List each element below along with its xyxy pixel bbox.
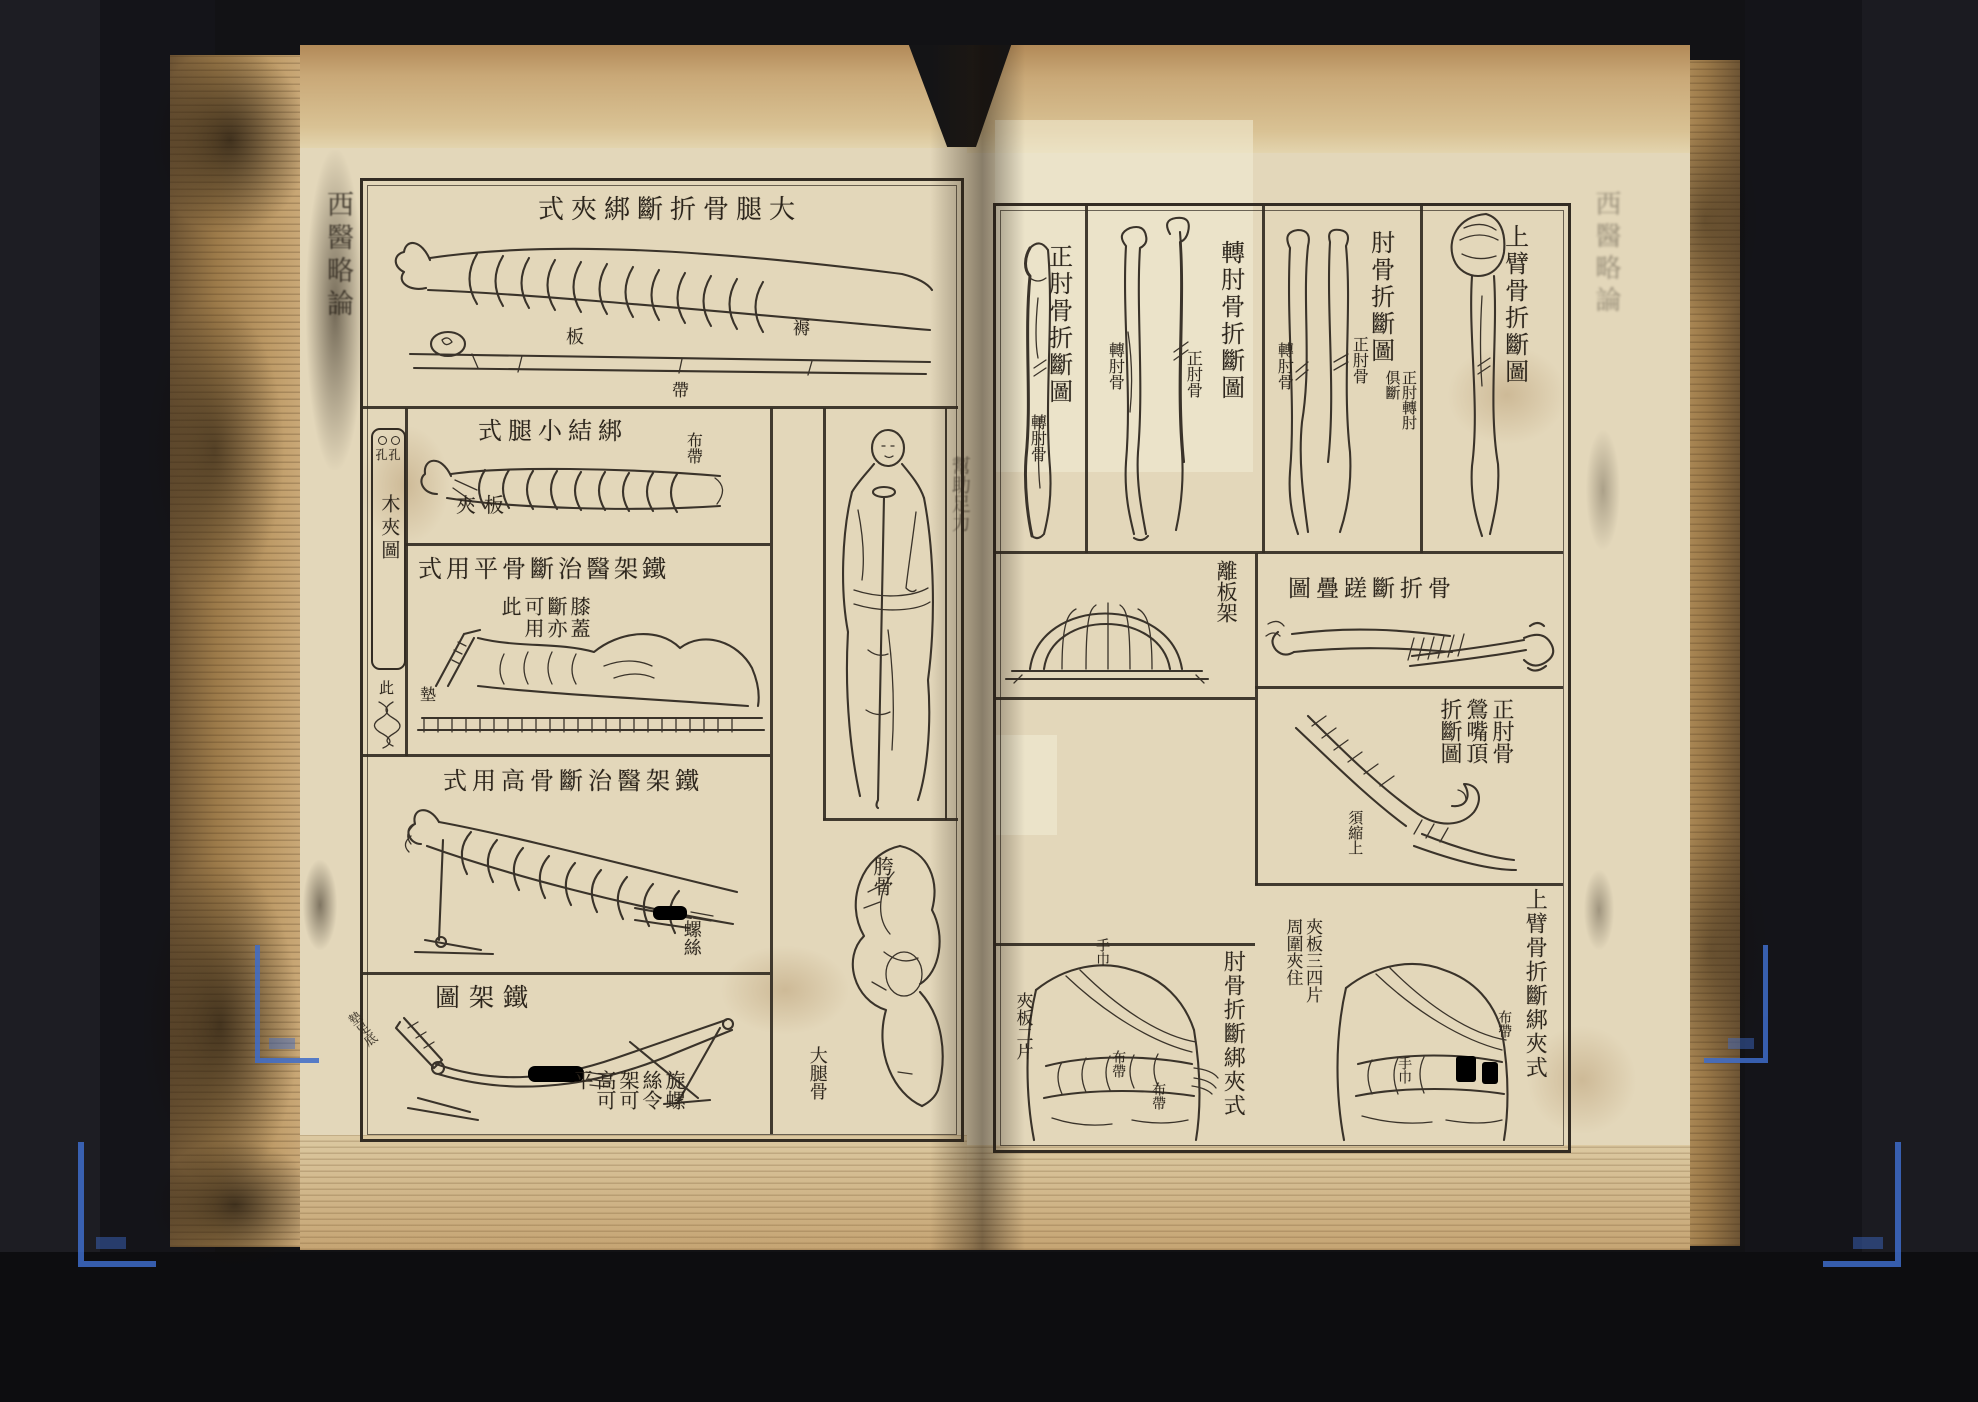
splint-hole-icon: [378, 436, 387, 445]
olecranon-panel-note: 須縮上: [1346, 810, 1363, 872]
humerus-cloth-band-label: 布帶: [1496, 1010, 1512, 1050]
frame-flat-cushion-label: 墊: [420, 686, 436, 704]
registration-bar: [1763, 945, 1768, 1063]
cage-panel-label: 離板架: [1214, 560, 1238, 648]
left-page-top-margin: [300, 45, 967, 148]
splint-cartouche-note: 此: [379, 680, 394, 697]
humerus-splints-label: 夾板三四片周圍夾住: [1282, 918, 1321, 1018]
registration-bar: [1704, 1058, 1768, 1063]
panel-divider: [405, 543, 770, 546]
registration-bar: [78, 1142, 84, 1267]
radius-panel-title: 轉肘骨折斷圖: [1216, 240, 1244, 415]
lower-leg-splint-label: 夾板: [456, 494, 512, 517]
both-bones-panel-subtitle: 正肘轉肘俱斷: [1384, 370, 1417, 440]
registration-chip: [96, 1237, 126, 1249]
registration-bar: [1895, 1142, 1901, 1267]
registration-bar: [255, 945, 260, 1063]
thigh-band-label: 帶: [672, 382, 689, 402]
thigh-board-label: 板: [566, 328, 584, 349]
panel-divider: [362, 972, 770, 975]
frame-high-panel-title: 式用高骨斷治醫架鐵: [443, 768, 704, 796]
panel-divider: [1255, 553, 1258, 885]
left-page-bottom-margin: [300, 1135, 967, 1250]
page-edge-grain: [300, 1135, 967, 1250]
registration-mark-bottom-right: [1806, 1142, 1901, 1267]
registration-chip: [269, 1038, 295, 1049]
panel-divider: [995, 697, 1255, 700]
thigh-panel-title: 式夾綁斷折骨腿大: [538, 196, 802, 226]
registration-bar: [1823, 1261, 1901, 1267]
frame-flat-panel-title: 式用平骨斷治醫架鐵: [418, 556, 670, 584]
wooden-splint-cartouche: 孔孔 木夾圖: [371, 428, 406, 670]
forearm-cloth-band-label-2: 布帶: [1150, 1082, 1166, 1122]
hip-bone-label: 胯骨: [870, 856, 893, 911]
humerus-kerchief-label: 手巾: [1396, 1056, 1412, 1096]
panel-divider: [362, 406, 958, 409]
overlap-panel-title: 圖疊蹉斷折骨: [1288, 576, 1456, 602]
standing-figure-illustration: [828, 420, 943, 812]
photo-of-open-book: 西醫略論 式夾綁斷折骨腿大 板 帶 褥 孔孔 木夾圖 此 式腿小結綁 夾板: [0, 0, 1978, 1402]
olecranon-fracture-illustration: [1272, 700, 1532, 880]
humerus-panel-title: 上臂骨折斷圖: [1500, 224, 1528, 394]
registration-chip: [1853, 1237, 1883, 1249]
ink-blotch: [150, 45, 310, 235]
frame-diagram-note: 旋螺絲令架可高可平: [570, 1070, 685, 1116]
panel-divider: [1255, 686, 1563, 689]
lower-leg-panel-title: 式腿小結綁: [478, 418, 628, 446]
frame-high-screw-label: 螺絲: [680, 920, 701, 975]
panel-divider: [1420, 205, 1423, 553]
registration-bar: [78, 1261, 156, 1267]
registration-mark-left: [255, 945, 335, 1063]
panel-divider: [770, 408, 773, 1134]
spine-ink-smudge: [1586, 430, 1620, 550]
splint-hole-icon: [391, 436, 400, 445]
panel-divider: [1255, 883, 1563, 886]
cartouche-squiggle-mark: [373, 700, 401, 748]
frame-flat-illustration: [408, 590, 768, 750]
spine-ink-smudge: [1584, 870, 1614, 950]
splint-holes-label: 孔孔: [373, 449, 404, 463]
registration-bar: [255, 1058, 319, 1063]
radius-panel-ulna-label: 正肘骨: [1184, 350, 1202, 420]
spine-ink-smudge: [303, 860, 337, 950]
radius-panel-radius-label: 轉肘骨: [1106, 342, 1124, 412]
right-edge-book-title: 西醫略論: [1590, 190, 1620, 435]
right-page-bottom-margin: [967, 1145, 1690, 1250]
lower-leg-cloth-band-label: 布帶: [684, 432, 702, 478]
humerus-sling-panel-title: 上臂骨折斷綁夾式: [1522, 888, 1547, 1093]
iron-frame-illustration: [378, 1002, 758, 1130]
ink-blotch: [145, 300, 285, 600]
background-bottom-band: [0, 1252, 1978, 1402]
both-bones-radius-label: 轉肘骨: [1275, 342, 1293, 412]
ulna-panel-radius-label: 轉肘骨: [1028, 414, 1046, 486]
both-bones-panel-title: 肘骨折斷圖: [1366, 230, 1394, 370]
thigh-bone-label: 大腿骨: [806, 1046, 827, 1126]
overlap-fracture-illustration: [1262, 602, 1562, 686]
splint-cartouche-caption: 木夾圖: [378, 489, 400, 569]
book-gutter-shadow: [930, 45, 1025, 1250]
thigh-mattress-label: 褥: [793, 320, 810, 340]
forearm-sling-figure-illustration: [1002, 948, 1252, 1144]
ulna-panel-title: 正肘骨折斷圖: [1044, 244, 1072, 414]
registration-mark-bottom-left: [78, 1142, 173, 1267]
forearm-cloth-band-label: 布帶: [1110, 1050, 1126, 1090]
thigh-splint-illustration: [382, 232, 942, 392]
both-bones-ulna-label: 正肘骨: [1350, 336, 1368, 406]
panel-divider: [362, 754, 770, 757]
registration-chip: [1728, 1038, 1754, 1049]
registration-mark-right: [1688, 945, 1768, 1063]
panel-divider: [1262, 205, 1265, 553]
panel-divider: [1085, 205, 1088, 553]
leg-cage-illustration: [1002, 565, 1212, 690]
page-edge-grain: [967, 1145, 1690, 1250]
panel-divider: [823, 408, 826, 820]
panel-divider: [995, 551, 1563, 554]
left-edge-book-title: 西醫略論: [322, 190, 353, 435]
ink-blotch: [150, 1140, 320, 1270]
forearm-sling-panel-title: 肘骨折斷綁夾式: [1220, 950, 1245, 1130]
forearm-kerchief-label: 手巾: [1094, 938, 1110, 978]
panel-divider: [995, 943, 1255, 946]
